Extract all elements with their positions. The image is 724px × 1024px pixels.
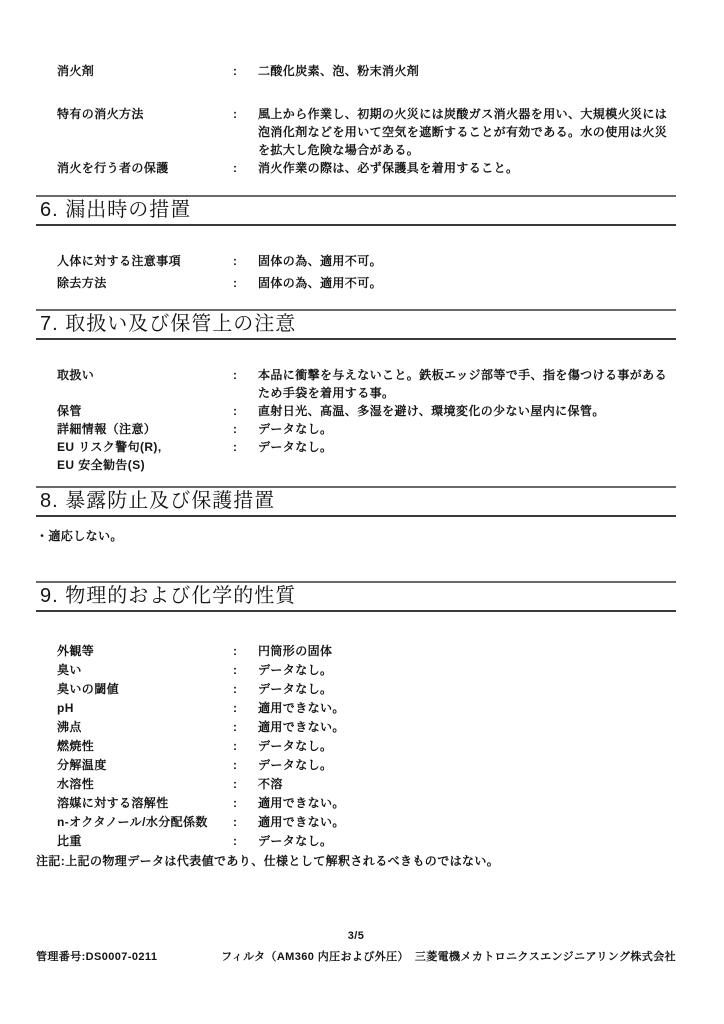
field-colon: :	[233, 832, 258, 851]
field-colon: :	[233, 680, 258, 699]
field-label: 取扱い	[36, 366, 233, 384]
field-label: 詳細情報（注意）	[36, 420, 233, 438]
document-title: フィルタ（AM360 内圧および外圧） 三菱電機メカトロニクスエンジニアリング株…	[221, 948, 676, 964]
field-value: 適用できない。	[258, 699, 676, 718]
field-label: 消火を行う者の保護	[36, 159, 233, 177]
field-label: 燃焼性	[36, 737, 233, 756]
field-value: 消火作業の際は、必ず保護具を着用すること。	[258, 159, 676, 177]
field-colon: :	[233, 813, 258, 832]
field-label: 臭いの閾値	[36, 680, 233, 699]
field-value: データなし。	[258, 680, 676, 699]
field-row-firefighter-protection: 消火を行う者の保護 : 消火作業の際は、必ず保護具を着用すること。	[36, 159, 676, 177]
field-row-appearance: 外観等 : 円筒形の固体	[36, 642, 676, 661]
field-value: データなし。	[258, 661, 676, 680]
field-label: 臭い	[36, 661, 233, 680]
field-value: データなし。	[258, 420, 676, 438]
field-colon: :	[233, 159, 258, 177]
page-number: 3/5	[36, 930, 676, 942]
field-label: 人体に対する注意事項	[36, 252, 233, 270]
field-row-handling: 取扱い : 本品に衝撃を与えないこと。鉄板エッジ部等で手、指を傷つける事があるた…	[36, 366, 676, 402]
field-colon: :	[233, 402, 258, 420]
section-6-heading: 6. 漏出時の措置	[36, 195, 676, 226]
field-colon: :	[233, 62, 258, 80]
field-colon: :	[233, 718, 258, 737]
section-6-rows: 人体に対する注意事項 : 固体の為、適用不可。 除去方法 : 固体の為、適用不可…	[36, 252, 676, 292]
field-label: 外観等	[36, 642, 233, 661]
field-row-decomposition-temp: 分解温度 : データなし。	[36, 756, 676, 775]
section-7-rows: 取扱い : 本品に衝撃を与えないこと。鉄板エッジ部等で手、指を傷つける事があるた…	[36, 366, 676, 474]
field-value: 固体の為、適用不可。	[258, 274, 676, 292]
section-8-note: ・適応しない。	[36, 527, 676, 545]
field-colon: :	[233, 274, 258, 292]
field-label: 消火剤	[36, 62, 233, 80]
field-row-odor-threshold: 臭いの閾値 : データなし。	[36, 680, 676, 699]
field-row-ph: pH : 適用できない。	[36, 699, 676, 718]
field-label-line2: EU 安全勧告(S)	[57, 456, 233, 474]
field-value: 不溶	[258, 775, 676, 794]
field-value: データなし。	[258, 756, 676, 775]
field-colon: :	[233, 699, 258, 718]
field-row-removal-method: 除去方法 : 固体の為、適用不可。	[36, 274, 676, 292]
field-value: 適用できない。	[258, 718, 676, 737]
field-row-partition-coefficient: n-オクタノール/水分配係数 : 適用できない。	[36, 813, 676, 832]
field-row-solvent-solubility: 溶媒に対する溶解性 : 適用できない。	[36, 794, 676, 813]
section-7-heading: 7. 取扱い及び保管上の注意	[36, 309, 676, 340]
field-label: 比重	[36, 832, 233, 851]
field-value: 二酸化炭素、泡、粉末消火剤	[258, 62, 676, 80]
field-row-specific-methods: 特有の消火方法 : 風上から作業し、初期の火災には炭酸ガス消火器を用い、大規模火…	[36, 105, 676, 159]
field-label: EU リスク警句(R), EU 安全勧告(S)	[36, 438, 233, 474]
physical-data-footnote: 注記:上記の物理データは代表値であり、仕様として解釈されるべきものではない。	[36, 852, 676, 870]
field-row-odor: 臭い : データなし。	[36, 661, 676, 680]
section-8-heading: 8. 暴露防止及び保護措置	[36, 486, 676, 517]
field-label: pH	[36, 699, 233, 718]
field-row-eu-phrases: EU リスク警句(R), EU 安全勧告(S) : データなし。	[36, 438, 676, 474]
page-footer: 管理番号:DS0007-0211 フィルタ（AM360 内圧および外圧） 三菱電…	[36, 948, 676, 964]
field-value: 円筒形の固体	[258, 642, 676, 661]
field-label: 溶媒に対する溶解性	[36, 794, 233, 813]
field-row-water-solubility: 水溶性 : 不溶	[36, 775, 676, 794]
field-row-flammability: 燃焼性 : データなし。	[36, 737, 676, 756]
sds-page: 消火剤 : 二酸化炭素、泡、粉末消火剤 特有の消火方法 : 風上から作業し、初期…	[0, 0, 724, 1024]
field-label: 沸点	[36, 718, 233, 737]
field-colon: :	[233, 775, 258, 794]
field-row-specific-gravity: 比重 : データなし。	[36, 832, 676, 851]
field-row-detail-info: 詳細情報（注意） : データなし。	[36, 420, 676, 438]
field-value: 風上から作業し、初期の火災には炭酸ガス消火器を用い、大規模火災には泡消化剤などを…	[258, 105, 676, 159]
field-row-extinguishing-media: 消火剤 : 二酸化炭素、泡、粉末消火剤	[36, 62, 676, 80]
field-label: 水溶性	[36, 775, 233, 794]
field-colon: :	[233, 661, 258, 680]
field-label: 特有の消火方法	[36, 105, 233, 123]
field-colon: :	[233, 252, 258, 270]
field-colon: :	[233, 366, 258, 384]
section-9-heading: 9. 物理的および化学的性質	[36, 581, 676, 612]
field-row-human-precautions: 人体に対する注意事項 : 固体の為、適用不可。	[36, 252, 676, 270]
field-row-storage: 保管 : 直射日光、高温、多湿を避け、環境変化の少ない屋内に保管。	[36, 402, 676, 420]
field-label: 分解温度	[36, 756, 233, 775]
field-colon: :	[233, 438, 258, 456]
field-value: 適用できない。	[258, 794, 676, 813]
document-body: 消火剤 : 二酸化炭素、泡、粉末消火剤 特有の消火方法 : 風上から作業し、初期…	[36, 0, 676, 870]
field-colon: :	[233, 105, 258, 123]
field-label: 除去方法	[36, 274, 233, 292]
field-value: 適用できない。	[258, 813, 676, 832]
field-value: データなし。	[258, 438, 676, 456]
control-number: 管理番号:DS0007-0211	[36, 948, 157, 964]
field-colon: :	[233, 642, 258, 661]
field-colon: :	[233, 737, 258, 756]
field-value: データなし。	[258, 832, 676, 851]
field-row-boiling-point: 沸点 : 適用できない。	[36, 718, 676, 737]
section-9-rows: 外観等 : 円筒形の固体 臭い : データなし。 臭いの閾値 : データなし。 …	[36, 642, 676, 851]
field-value: 本品に衝撃を与えないこと。鉄板エッジ部等で手、指を傷つける事があるため手袋を着用…	[258, 366, 676, 402]
field-value: 固体の為、適用不可。	[258, 252, 676, 270]
field-label: 保管	[36, 402, 233, 420]
field-value: 直射日光、高温、多湿を避け、環境変化の少ない屋内に保管。	[258, 402, 676, 420]
field-label-line1: EU リスク警句(R),	[57, 438, 233, 456]
field-colon: :	[233, 420, 258, 438]
field-colon: :	[233, 756, 258, 775]
field-label: n-オクタノール/水分配係数	[36, 813, 233, 832]
field-colon: :	[233, 794, 258, 813]
field-value: データなし。	[258, 737, 676, 756]
